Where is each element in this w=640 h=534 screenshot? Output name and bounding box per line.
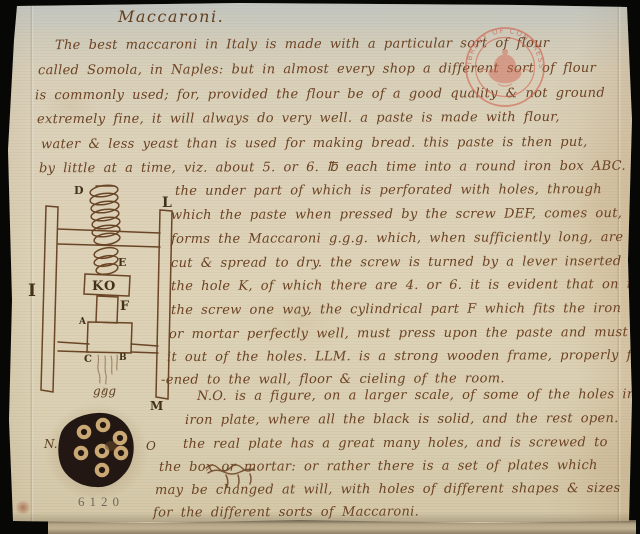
label-box-upper-left: A bbox=[78, 317, 87, 327]
macaroni-strands bbox=[98, 355, 117, 392]
manuscript-line: the box or mortar: or rather there is a … bbox=[159, 458, 598, 475]
label-screw-lower: E bbox=[118, 256, 126, 269]
manuscript-line: for the different sorts of Maccaroni. bbox=[153, 504, 419, 520]
screw-lower-coil bbox=[93, 246, 118, 276]
manuscript-line: or mortar perfectly well, must press upo… bbox=[169, 325, 640, 342]
manuscript-photo: Maccaroni. The best maccaroni in Italy i… bbox=[0, 0, 640, 534]
manuscript-line: -ened to the wall, floor & cieling of th… bbox=[161, 371, 505, 387]
manuscript-line: extremely fine, it will always do very w… bbox=[37, 110, 560, 127]
page-title: Maccaroni. bbox=[118, 7, 224, 26]
perforated-plate-figure: N. O bbox=[43, 403, 156, 501]
manuscript-line: by little at a time, viz. about 5. or 6.… bbox=[39, 159, 626, 177]
manuscript-line: the under part of which is perforated wi… bbox=[175, 182, 602, 199]
manuscript-line: water & less yeast than is used for maki… bbox=[41, 135, 588, 152]
label-box-lower-left: C bbox=[84, 354, 92, 365]
frame-right-post bbox=[156, 210, 172, 399]
manuscript-line: N.O. is a figure, on a larger scale, of … bbox=[197, 387, 640, 404]
frame-left-post bbox=[41, 206, 58, 392]
manuscript-line: the screw one way, the cylindrical part … bbox=[171, 301, 640, 318]
label-screw-top: D bbox=[74, 184, 84, 197]
screw-coil bbox=[89, 184, 120, 247]
label-frame-bottom-right: M bbox=[150, 399, 163, 413]
catalog-number: 6120 bbox=[78, 494, 124, 510]
label-box-lower-right: B bbox=[119, 353, 127, 363]
plate-blob bbox=[58, 413, 133, 487]
manuscript-line: called Somola, in Naples: but in almost … bbox=[38, 61, 596, 78]
label-piston-head: KO bbox=[92, 279, 116, 294]
manuscript-line: it out of the holes. LLM. is a strong wo… bbox=[167, 348, 640, 365]
manuscript-line: which the paste when pressed by the scre… bbox=[171, 206, 640, 223]
manuscript-line: cut & spread to dry. the screw is turned… bbox=[171, 254, 640, 271]
manuscript-line: the hole K, of which there are 4. or 6. … bbox=[171, 277, 640, 294]
label-maccaroni-strands: ggg bbox=[93, 384, 116, 398]
label-plate-left: N. bbox=[43, 437, 58, 451]
plate-smudge bbox=[105, 441, 117, 451]
manuscript-line: is commonly used; for, provided the flou… bbox=[35, 86, 605, 103]
manuscript-line: The best maccaroni in Italy is made with… bbox=[55, 36, 549, 53]
cylinder-part bbox=[96, 296, 118, 323]
manuscript-line: forms the Maccaroni g.g.g. which, when s… bbox=[171, 230, 623, 247]
manuscript-page: Maccaroni. The best maccaroni in Italy i… bbox=[0, 0, 640, 534]
manuscript-line: the real plate has a great many holes, a… bbox=[183, 435, 608, 452]
macaroni-press-diagram: D L E KO I F A B C M ggg bbox=[28, 184, 172, 413]
plate-holes bbox=[76, 420, 126, 475]
manuscript-line: iron plate, where all the black is solid… bbox=[185, 411, 619, 428]
label-plate-right: O bbox=[146, 439, 156, 453]
lower-crossbar bbox=[58, 342, 158, 353]
manuscript-line: may be changed at will, with holes of di… bbox=[155, 481, 621, 498]
left-fold-crease bbox=[30, 0, 34, 534]
label-cylinder: F bbox=[120, 299, 130, 314]
ink-halo bbox=[45, 403, 149, 501]
upper-crossbar bbox=[58, 229, 160, 247]
piston-head-box bbox=[84, 274, 130, 296]
iron-box bbox=[87, 322, 132, 353]
